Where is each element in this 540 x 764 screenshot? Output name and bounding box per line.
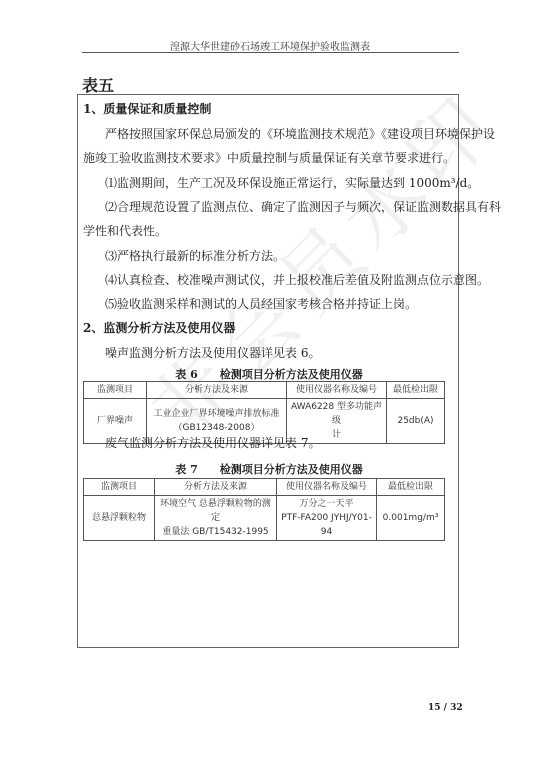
column-header: 使用仪器名称及编号	[277, 479, 377, 496]
list-item: ⑷认真检查、校准噪声测试仪，并上报校准后差值及附监测点位示意图。	[105, 271, 489, 288]
table-header-row: 监测项目 分析方法及来源 使用仪器名称及编号 最低检出限	[84, 382, 445, 399]
cell-instrument-line1: 万分之一天平	[279, 497, 374, 511]
column-header: 分析方法及来源	[147, 382, 287, 399]
column-header: 使用仪器名称及编号	[287, 382, 387, 399]
header-divider	[82, 52, 459, 53]
section-title: 表五	[82, 73, 114, 96]
column-header: 最低检出限	[387, 382, 445, 399]
cell-method-line2: 重量法 GB/T15432-1995	[157, 525, 274, 539]
content-box: 1、质量保证和质量控制 严格按照国家环保总局颁发的《环境监测技术规范》《建设项目…	[77, 94, 459, 648]
cell-instrument: 万分之一天平 PTF-FA200 JYHJ/Y01-94	[277, 496, 377, 541]
cell-limit: 0.001mg/m³	[377, 496, 445, 541]
gas-intro-text: 废气监测分析方法及使用仪器详见表 7。	[105, 434, 320, 451]
cell-method-line1: 环境空气 总悬浮颗粒物的测定	[157, 497, 274, 525]
cell-instrument-line1: AWA6228 型多功能声级	[289, 400, 384, 428]
column-header: 监测项目	[84, 382, 147, 399]
cell-method-line1: 工业企业厂界环境噪声排放标准	[149, 407, 284, 421]
list-item-continuation: 学性和代表性。	[83, 222, 167, 239]
cell-item: 总悬浮颗粒物	[84, 496, 155, 541]
heading-methods-instruments: 2、监测分析方法及使用仪器	[83, 319, 235, 336]
column-header: 分析方法及来源	[155, 479, 277, 496]
list-item: ⑵合理规范设置了监测点位、确定了监测因子与频次，保证监测数据具有科	[105, 198, 501, 215]
column-header: 最低检出限	[377, 479, 445, 496]
document-header-title: 湟源大华世建砂石场竣工环境保护验收监测表	[0, 38, 540, 53]
list-item: ⑴监测期间，生产工况及环保设施正常运行，实际量达到 1000m³/d。	[105, 174, 479, 191]
table-header-row: 监测项目 分析方法及来源 使用仪器名称及编号 最低检出限	[84, 479, 445, 496]
cell-limit: 25db(A)	[387, 399, 445, 444]
paragraph-line: 施竣工验收监测技术要求》中质量控制与质量保证有关章节要求进行。	[83, 149, 455, 166]
list-item: ⑸验收监测采样和测试的人员经国家考核合格并持证上岗。	[105, 295, 417, 312]
page-number: 15 / 32	[428, 703, 463, 713]
cell-method: 环境空气 总悬浮颗粒物的测定 重量法 GB/T15432-1995	[155, 496, 277, 541]
table7: 监测项目 分析方法及来源 使用仪器名称及编号 最低检出限 总悬浮颗粒物 环境空气…	[83, 478, 445, 541]
table-row: 总悬浮颗粒物 环境空气 总悬浮颗粒物的测定 重量法 GB/T15432-1995…	[84, 496, 445, 541]
cell-instrument-line2: PTF-FA200 JYHJ/Y01-94	[279, 511, 374, 539]
noise-intro-text: 噪声监测分析方法及使用仪器详见表 6。	[105, 344, 320, 361]
cell-method-line2: （GB12348-2008）	[149, 421, 284, 435]
table6-caption: 表 6 检测项目分析方法及使用仪器	[78, 366, 460, 382]
list-item: ⑶严格执行最新的标准分析方法。	[105, 247, 285, 264]
paragraph-line: 严格按照国家环保总局颁发的《环境监测技术规范》《建设项目环境保护设	[105, 125, 495, 142]
table7-caption: 表 7 检测项目分析方法及使用仪器	[78, 461, 460, 477]
heading-quality-control: 1、质量保证和质量控制	[83, 100, 211, 117]
column-header: 监测项目	[84, 479, 155, 496]
